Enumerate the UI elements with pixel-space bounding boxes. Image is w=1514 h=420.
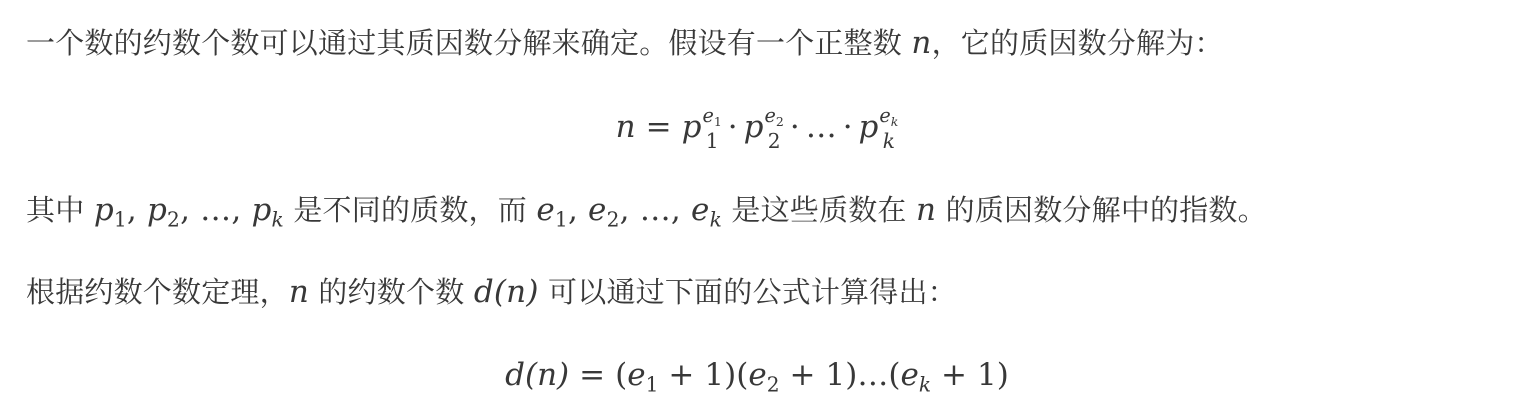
math-var-n: n <box>916 192 936 228</box>
theorem-paragraph: 根据约数个数定理，n 的约数个数 d(n) 可以通过下面的公式计算得出： <box>26 274 957 310</box>
term-pk: pekk <box>859 109 899 145</box>
text: 是这些质数在 <box>722 193 916 227</box>
cdot: · <box>843 109 853 145</box>
factorization-formula: n=pe11·pe22·…·pekk <box>0 106 1514 151</box>
math-var-n: n <box>911 25 931 61</box>
text: 根据约数个数定理， <box>26 275 289 309</box>
text: 其中 <box>26 193 94 227</box>
formula-lhs-dn: d(n) <box>505 357 569 393</box>
intro-text: 一个数的约数个数可以通过其质因数分解来确定。假设有一个正整数 <box>26 26 911 60</box>
factor-k: (ek+1) <box>888 357 1009 393</box>
math-var-n: n <box>289 274 309 310</box>
divisor-count-formula: d(n)=(e1+1)(e2+1)…(ek+1) <box>0 354 1514 396</box>
ellipsis: … <box>806 109 837 145</box>
text: 的质因数分解中的指数。 <box>936 193 1267 227</box>
text: 的约数个数 <box>309 275 474 309</box>
primes-list: p1, p2, …, pk <box>94 192 284 228</box>
intro-paragraph: 一个数的约数个数可以通过其质因数分解来确定。假设有一个正整数 n，它的质因数分解… <box>26 25 1224 61</box>
equals-sign: = <box>646 109 672 145</box>
factor-1: (e1+1) <box>615 357 736 393</box>
cdot: · <box>790 109 800 145</box>
equals-sign: = <box>579 357 605 393</box>
factor-2: (e2+1) <box>736 357 857 393</box>
math-func-dn: d(n) <box>474 274 539 310</box>
cdot: · <box>728 109 738 145</box>
text: 是不同的质数，而 <box>284 193 536 227</box>
intro-text-end: ，它的质因数分解为： <box>932 26 1224 60</box>
definition-paragraph: 其中 p1, p2, …, pk 是不同的质数，而 e1, e2, …, ek … <box>26 192 1267 237</box>
ellipsis: … <box>857 357 888 393</box>
formula-lhs-n: n <box>616 109 636 145</box>
exponents-list: e1, e2, …, ek <box>536 192 722 228</box>
text: 可以通过下面的公式计算得出： <box>539 275 957 309</box>
term-p2: pe22 <box>744 109 784 145</box>
term-p1: pe11 <box>682 109 722 145</box>
